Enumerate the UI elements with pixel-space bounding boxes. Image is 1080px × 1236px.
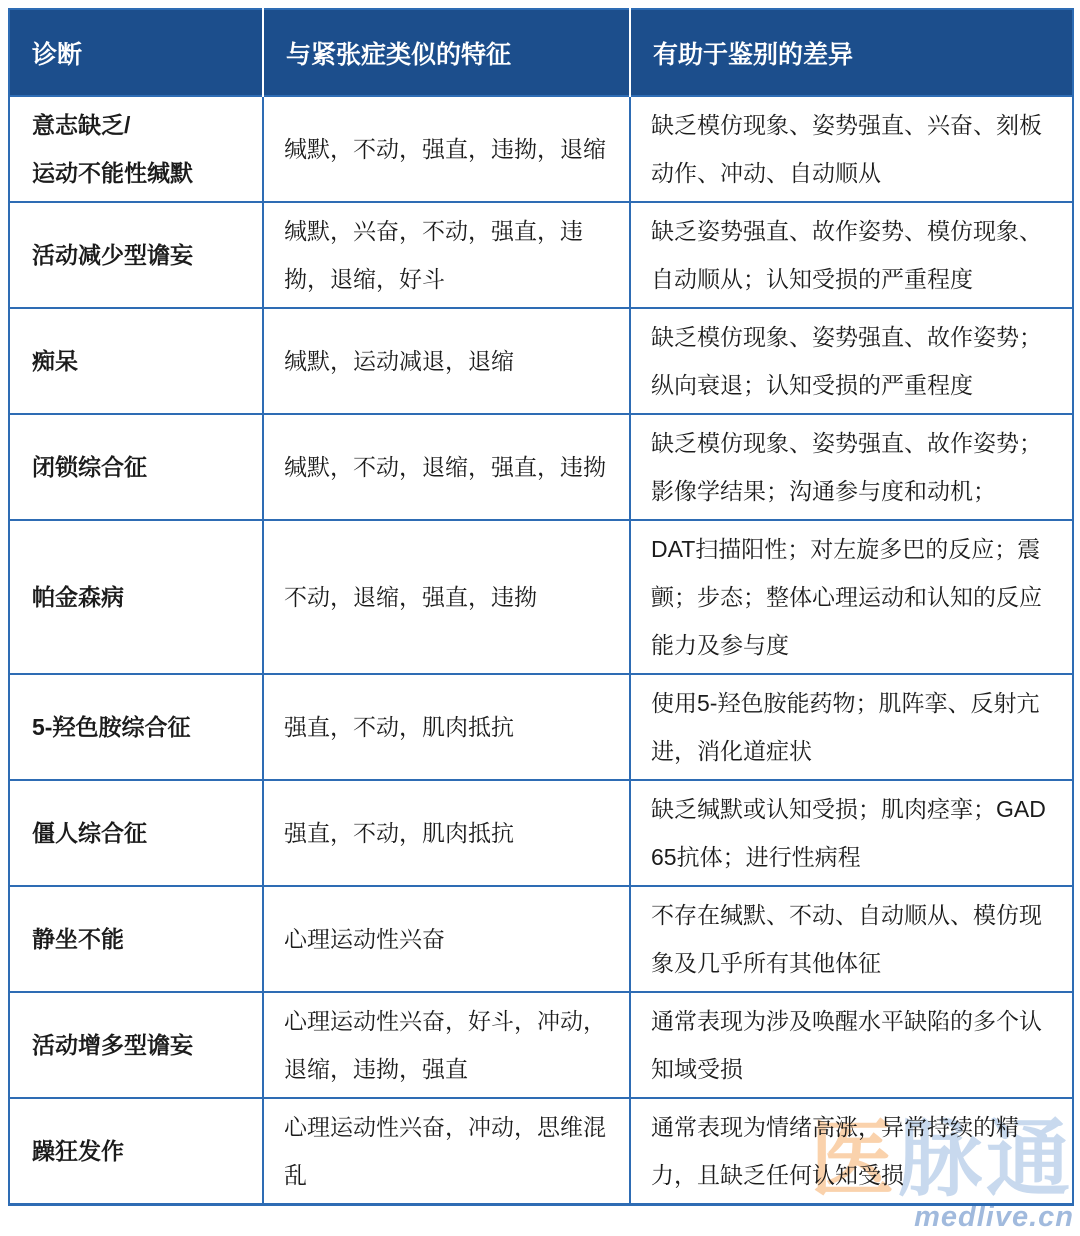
differences-cell: 通常表现为涉及唤醒水平缺陷的多个认知域受损 — [630, 992, 1073, 1098]
diagnosis-cell: 活动减少型谵妄 — [9, 202, 263, 308]
header-row: 诊断 与紧张症类似的特征 有助于鉴别的差异 — [9, 9, 1073, 96]
differences-cell: 缺乏模仿现象、姿势强直、兴奋、刻板动作、冲动、自动顺从 — [630, 96, 1073, 202]
table-row: 帕金森病 不动，退缩，强直，违拗 DAT扫描阳性；对左旋多巴的反应；震颤；步态；… — [9, 520, 1073, 674]
similar-features-cell: 心理运动性兴奋，好斗，冲动，退缩，违拗，强直 — [263, 992, 630, 1098]
similar-features-cell: 强直，不动，肌肉抵抗 — [263, 674, 630, 780]
similar-features-cell: 缄默，不动，强直，违拗，退缩 — [263, 96, 630, 202]
table-row: 闭锁综合征 缄默，不动，退缩，强直，违拗 缺乏模仿现象、姿势强直、故作姿势；影像… — [9, 414, 1073, 520]
table-row: 活动减少型谵妄 缄默，兴奋，不动，强直，违拗，退缩，好斗 缺乏姿势强直、故作姿势… — [9, 202, 1073, 308]
differences-cell: 缺乏缄默或认知受损；肌肉痉挛；GAD65抗体；进行性病程 — [630, 780, 1073, 886]
table-row: 活动增多型谵妄 心理运动性兴奋，好斗，冲动，退缩，违拗，强直 通常表现为涉及唤醒… — [9, 992, 1073, 1098]
similar-features-cell: 不动，退缩，强直，违拗 — [263, 520, 630, 674]
table-row: 僵人综合征 强直，不动，肌肉抵抗 缺乏缄默或认知受损；肌肉痉挛；GAD65抗体；… — [9, 780, 1073, 886]
table-header: 诊断 与紧张症类似的特征 有助于鉴别的差异 — [9, 9, 1073, 96]
diagnosis-cell: 意志缺乏/ 运动不能性缄默 — [9, 96, 263, 202]
table-row: 5-羟色胺综合征 强直，不动，肌肉抵抗 使用5-羟色胺能药物；肌阵挛、反射亢进，… — [9, 674, 1073, 780]
diagnosis-cell: 静坐不能 — [9, 886, 263, 992]
header-differences: 有助于鉴别的差异 — [630, 9, 1073, 96]
differences-cell: 缺乏姿势强直、故作姿势、模仿现象、自动顺从；认知受损的严重程度 — [630, 202, 1073, 308]
diagnosis-cell: 5-羟色胺综合征 — [9, 674, 263, 780]
differences-cell: 缺乏模仿现象、姿势强直、故作姿势；纵向衰退；认知受损的严重程度 — [630, 308, 1073, 414]
similar-features-cell: 心理运动性兴奋，冲动，思维混乱 — [263, 1098, 630, 1205]
similar-features-cell: 缄默，运动减退，退缩 — [263, 308, 630, 414]
diagnosis-cell: 躁狂发作 — [9, 1098, 263, 1205]
table-row: 静坐不能 心理运动性兴奋 不存在缄默、不动、自动顺从、模仿现象及几乎所有其他体征 — [9, 886, 1073, 992]
table-row: 意志缺乏/ 运动不能性缄默 缄默，不动，强直，违拗，退缩 缺乏模仿现象、姿势强直… — [9, 96, 1073, 202]
diagnosis-cell: 痴呆 — [9, 308, 263, 414]
similar-features-cell: 心理运动性兴奋 — [263, 886, 630, 992]
diagnosis-cell: 闭锁综合征 — [9, 414, 263, 520]
table-row: 痴呆 缄默，运动减退，退缩 缺乏模仿现象、姿势强直、故作姿势；纵向衰退；认知受损… — [9, 308, 1073, 414]
similar-features-cell: 缄默，兴奋，不动，强直，违拗，退缩，好斗 — [263, 202, 630, 308]
differences-cell: 使用5-羟色胺能药物；肌阵挛、反射亢进，消化道症状 — [630, 674, 1073, 780]
similar-features-cell: 缄默，不动，退缩，强直，违拗 — [263, 414, 630, 520]
differential-diagnosis-table: 诊断 与紧张症类似的特征 有助于鉴别的差异 意志缺乏/ 运动不能性缄默 缄默，不… — [8, 8, 1074, 1206]
header-diagnosis: 诊断 — [9, 9, 263, 96]
page: 医脉通 medlive.cn 诊断 与紧张症类似的特征 有助于鉴别的差异 意志缺… — [0, 0, 1080, 1236]
medlive-url: medlive.cn — [810, 1203, 1074, 1232]
table-row: 躁狂发作 心理运动性兴奋，冲动，思维混乱 通常表现为情绪高涨，异常持续的精力，且… — [9, 1098, 1073, 1205]
header-similar-features: 与紧张症类似的特征 — [263, 9, 630, 96]
differences-cell: DAT扫描阳性；对左旋多巴的反应；震颤；步态；整体心理运动和认知的反应能力及参与… — [630, 520, 1073, 674]
diagnosis-cell: 帕金森病 — [9, 520, 263, 674]
diagnosis-cell: 活动增多型谵妄 — [9, 992, 263, 1098]
differences-cell: 通常表现为情绪高涨，异常持续的精力，且缺乏任何认知受损 — [630, 1098, 1073, 1205]
differences-cell: 不存在缄默、不动、自动顺从、模仿现象及几乎所有其他体征 — [630, 886, 1073, 992]
differences-cell: 缺乏模仿现象、姿势强直、故作姿势；影像学结果；沟通参与度和动机； — [630, 414, 1073, 520]
diagnosis-cell: 僵人综合征 — [9, 780, 263, 886]
similar-features-cell: 强直，不动，肌肉抵抗 — [263, 780, 630, 886]
table-body: 意志缺乏/ 运动不能性缄默 缄默，不动，强直，违拗，退缩 缺乏模仿现象、姿势强直… — [9, 96, 1073, 1205]
